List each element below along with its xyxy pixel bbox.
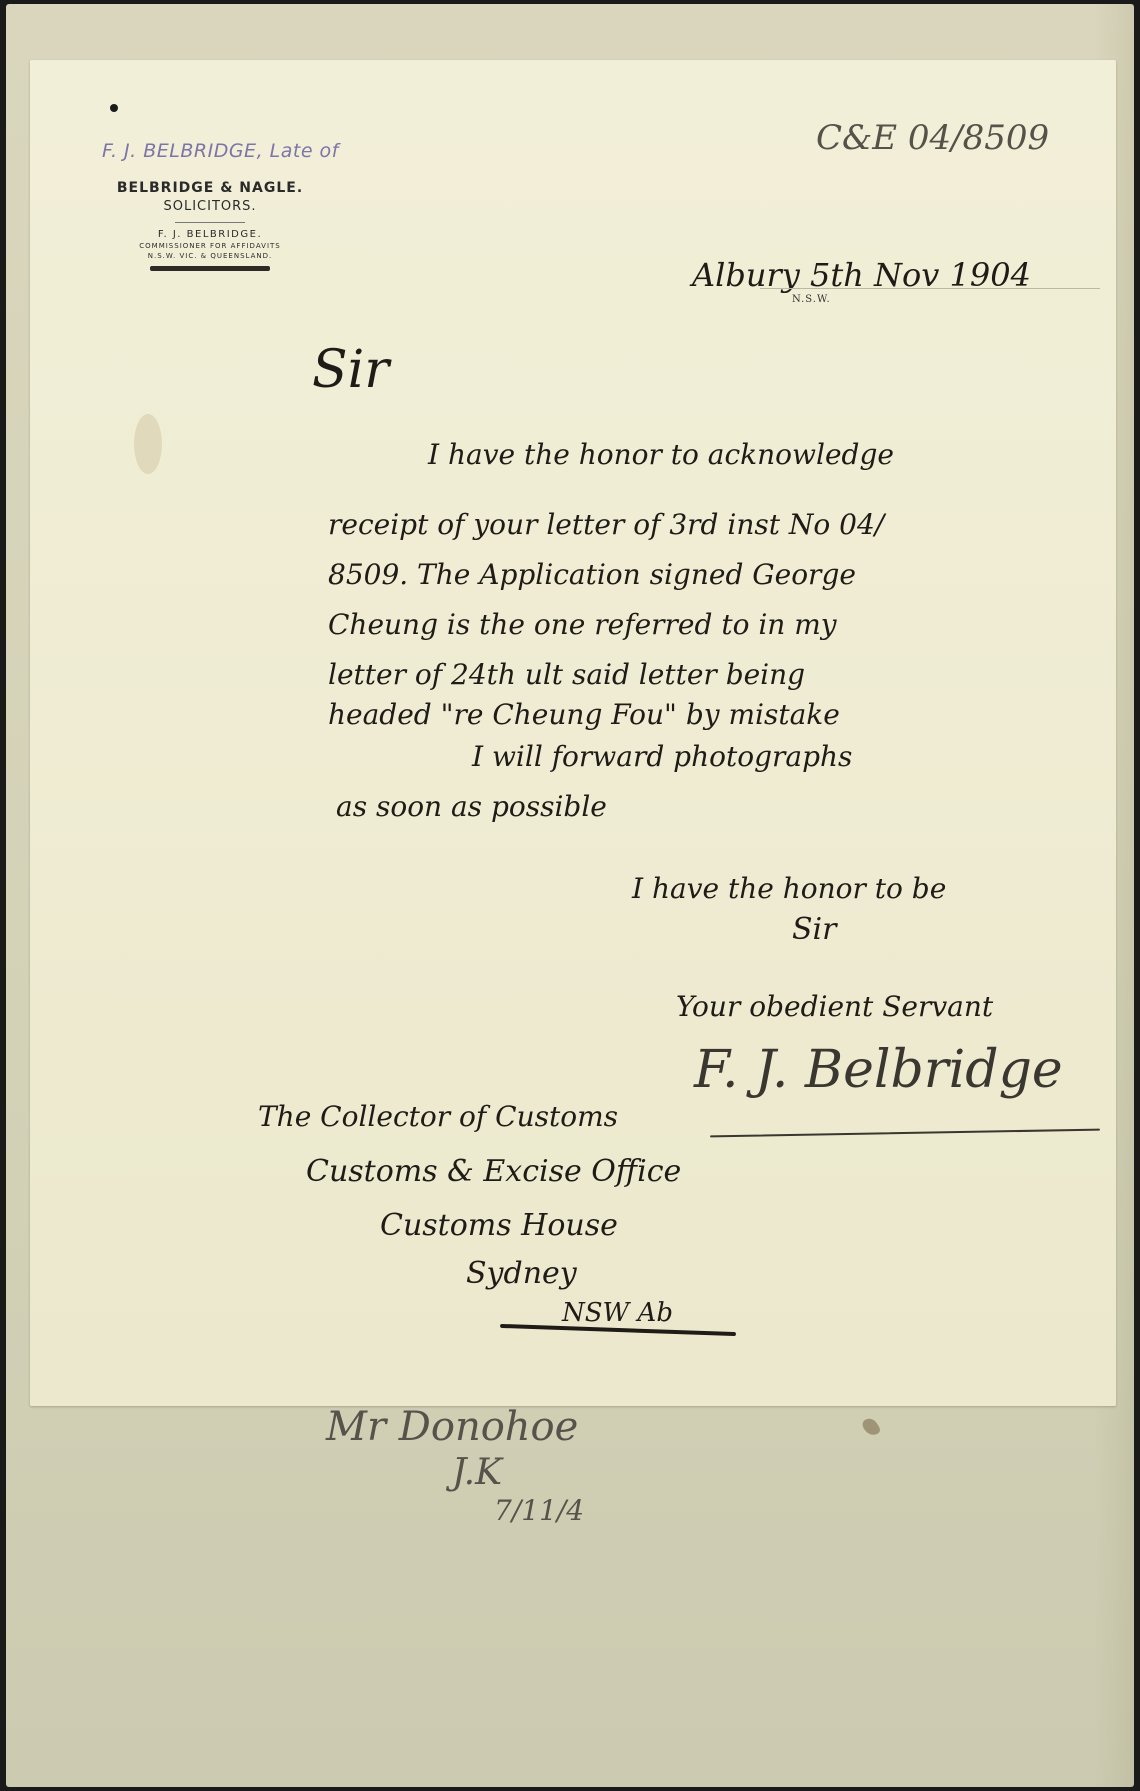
signature-flourish (710, 1129, 1100, 1138)
closing-valediction: Your obedient Servant (676, 990, 993, 1023)
paper-tab-mark (860, 1416, 881, 1439)
letter-sheet: F. J. BELBRIDGE, Late of BELBRIDGE & NAG… (30, 60, 1116, 1406)
body-line: headed "re Cheung Fou" by mistake (328, 698, 840, 731)
paper-stain (134, 414, 162, 474)
addressee-line: Sydney (466, 1256, 577, 1291)
closing-line: I have the honor to be (632, 872, 946, 905)
pencil-note-date: 7/11/4 (494, 1494, 584, 1527)
body-line: letter of 24th ult said letter being (328, 658, 805, 691)
addressee-line: NSW Ab (562, 1298, 673, 1328)
ink-blot (110, 104, 118, 112)
salutation: Sir (312, 340, 389, 400)
letterhead-divider (175, 222, 245, 223)
pencil-note-initials: J.K (452, 1452, 502, 1493)
struck-out-address (150, 266, 270, 271)
dateline-rule (760, 288, 1100, 289)
letterhead-title-1: COMMISSIONER FOR AFFIDAVITS (100, 242, 320, 250)
pencil-note-name: Mr Donohoe (326, 1404, 578, 1450)
body-line: I have the honor to acknowledge (428, 438, 894, 471)
addressee-line: Customs & Excise Office (306, 1154, 681, 1189)
letterhead: BELBRIDGE & NAGLE. SOLICITORS. F. J. BEL… (100, 180, 320, 271)
signature: F. J. Belbridge (694, 1040, 1063, 1100)
addressee-line: Customs House (380, 1208, 618, 1243)
letterhead-title-2: N.S.W. VIC. & QUEENSLAND. (100, 252, 320, 260)
reference-number: C&E 04/8509 (816, 118, 1049, 158)
body-line: receipt of your letter of 3rd inst No 04… (328, 508, 884, 541)
letterhead-firm: BELBRIDGE & NAGLE. (100, 180, 320, 196)
rubber-stamp: F. J. BELBRIDGE, Late of (102, 140, 339, 162)
body-line: Cheung is the one referred to in my (328, 608, 837, 641)
body-line: I will forward photographs (472, 740, 852, 773)
letterhead-profession: SOLICITORS. (100, 199, 320, 214)
body-line: 8509. The Application signed George (328, 558, 856, 591)
backing-board: F. J. BELBRIDGE, Late of BELBRIDGE & NAG… (6, 4, 1134, 1787)
dateline-state: N.S.W. (792, 294, 831, 305)
body-line: as soon as possible (336, 790, 607, 823)
letterhead-name: F. J. BELBRIDGE. (100, 229, 320, 240)
closing-sir: Sir (792, 912, 837, 947)
addressee-line: The Collector of Customs (258, 1100, 618, 1133)
